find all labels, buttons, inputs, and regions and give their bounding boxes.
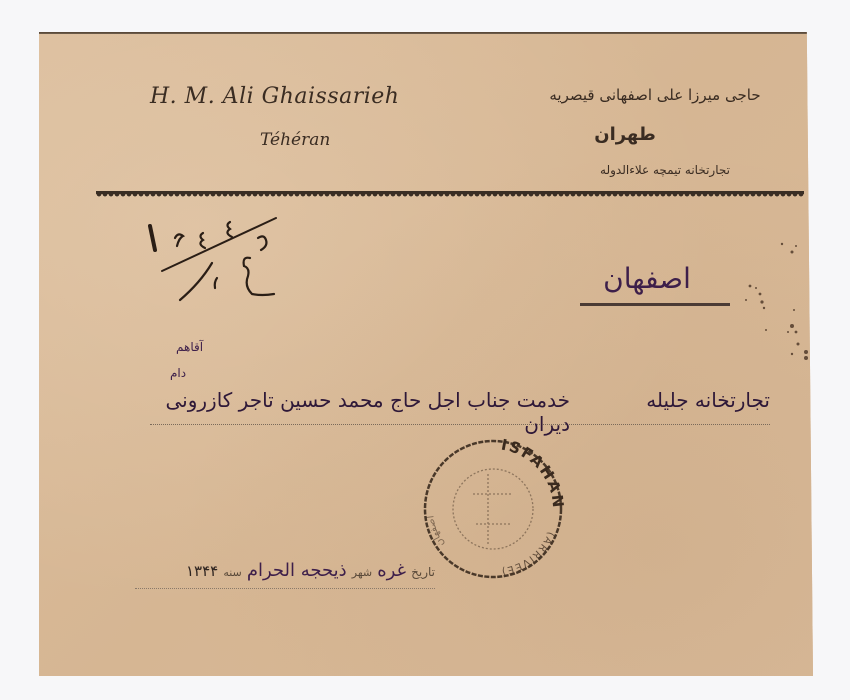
addressee-name: خدمت جناب اجل حاج محمد حسین تاجر کازرونی… (150, 388, 570, 436)
destination-city: اصفهان (572, 262, 722, 295)
reference-number: ۱۳۴۴ (130, 208, 280, 308)
ornamental-divider (96, 191, 804, 201)
reference-number-strokes: ۱۳۴۴ (130, 208, 280, 308)
sender-city-latin: Téhéran (260, 130, 330, 150)
divider-scallop (96, 194, 804, 200)
foxing-speckles (740, 240, 810, 370)
date-month-label: شهر (352, 566, 372, 579)
destination: اصفهان (572, 262, 722, 312)
destination-underline (580, 303, 730, 306)
svg-text:(ARRIVEE): (ARRIVEE) (499, 530, 556, 577)
date-year: ۱۳۴۴ (186, 562, 218, 580)
postmark: ISFAHAN (ARRIVEE) اصفهان (418, 434, 568, 584)
reference-number-value: ۱۳۴۴ (130, 208, 164, 212)
addressee-honorific-secondary: دام (170, 366, 186, 380)
date-prefix: تاریخ (411, 565, 435, 579)
sender-name-latin: H. M. Ali Ghaissarieh (150, 84, 460, 109)
sender-city-persian: طهران (590, 124, 660, 145)
addressee-firm: تجارتخانه جلیله (646, 388, 770, 412)
postmark-status: (ARRIVEE) (499, 530, 556, 577)
addressee-line: تجارتخانه جلیله خدمت جناب اجل حاج محمد ح… (150, 388, 770, 425)
addressee-honorific: آقاهم (176, 340, 203, 354)
sender-address-persian: تجارتخانه تیمچه علاءالدوله (560, 163, 770, 177)
date-line: تاریخ غره شهر ذیحجه الحرام سنه ۱۳۴۴ (135, 560, 435, 589)
date-day: غره (377, 560, 406, 581)
date-month: ذیحجه الحرام (247, 560, 347, 581)
sender-name-persian: حاجی میرزا علی اصفهانی قیصریه (540, 86, 770, 104)
date-year-label: سنه (223, 566, 241, 579)
postmark-stamp: ISFAHAN (ARRIVEE) اصفهان (418, 434, 568, 584)
